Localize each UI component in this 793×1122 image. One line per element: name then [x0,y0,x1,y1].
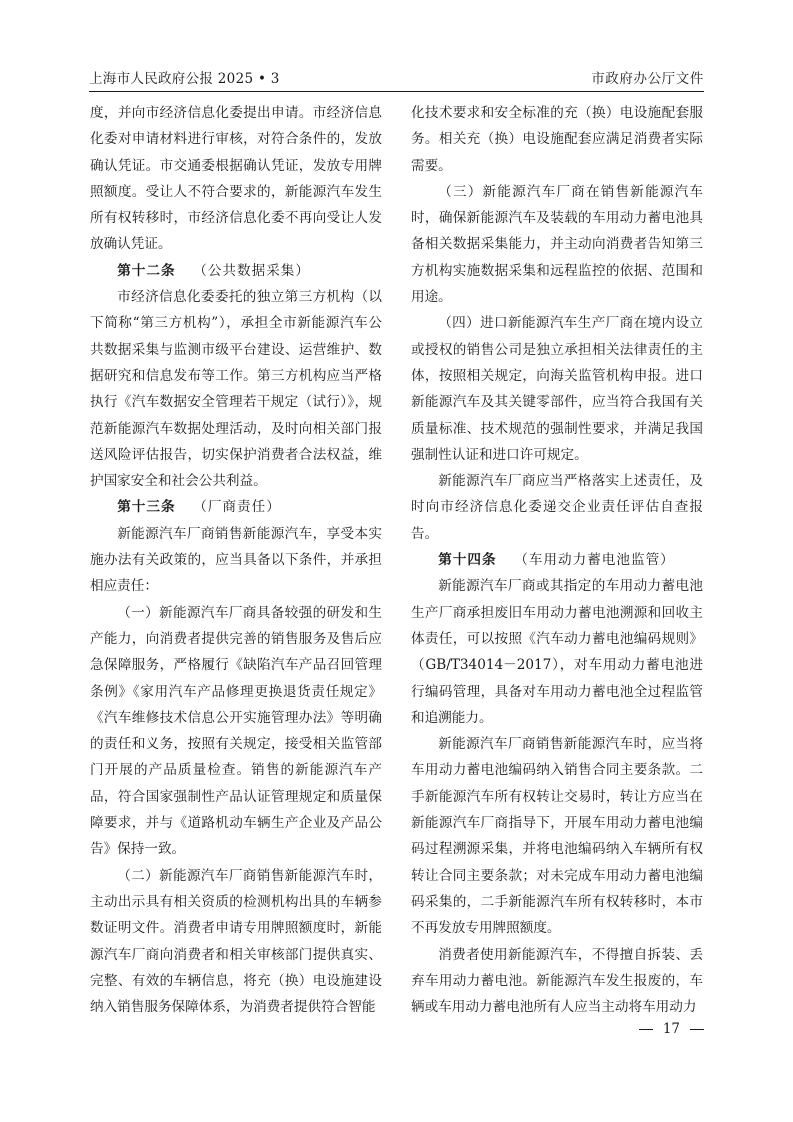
paragraph-continuation: 度，并向市经济信息化委提出申请。市经济信息化委对申请材料进行审核，对符合条件的，… [90,100,382,258]
article-number: 第十四条 [438,552,496,568]
article-number: 第十三条 [117,499,175,515]
article-number: 第十二条 [117,263,175,279]
dash-decoration [639,1029,653,1031]
article-heading: 第十二条（公共数据采集） [90,258,382,284]
running-header: 上海市人民政府公报 2025 • 3 市政府办公厅文件 [89,64,704,92]
publication-title: 上海市人民政府公报 2025 • 3 [89,67,280,87]
paragraph: （四）进口新能源汽车生产厂商在境内设立或授权的销售公司是独立承担相关法律责任的主… [411,310,703,468]
paragraph: （三）新能源汽车厂商在销售新能源汽车时，确保新能源汽车及装载的车用动力蓄电池具备… [411,179,703,310]
section-title: 市政府办公厅文件 [591,67,704,87]
paragraph: 市经济信息化委委托的独立第三方机构（以下简称“第三方机构”），承担全市新能源汽车… [90,284,382,494]
paragraph: （二）新能源汽车厂商销售新能源汽车时，主动出示具有相关资质的检测机构出具的车辆参… [90,863,382,1021]
left-column: 度，并向市经济信息化委提出申请。市经济信息化委对申请材料进行审核，对符合条件的，… [90,100,382,1020]
paragraph: 消费者使用新能源汽车，不得擅自拆装、丢弃车用动力蓄电池。新能源汽车发生报废的，车… [411,942,703,1021]
paragraph: 新能源汽车厂商销售新能源汽车时，应当将车用动力蓄电池编码纳入销售合同主要条款。二… [411,731,703,941]
article-heading: 第十四条（车用动力蓄电池监管） [411,547,703,573]
dash-decoration [690,1029,704,1031]
article-title: （厂商责任） [193,499,281,515]
right-column: 化技术要求和安全标准的充（换）电设施配套服务。相关充（换）电设施配套应满足消费者… [411,100,703,1020]
page-number: 17 [631,1021,704,1037]
paragraph-continuation: 化技术要求和安全标准的充（换）电设施配套服务。相关充（换）电设施配套应满足消费者… [411,100,703,179]
paragraph: （一）新能源汽车厂商具备较强的研发和生产能力，向消费者提供完善的销售服务及售后应… [90,600,382,863]
paragraph: 新能源汽车厂商或其指定的车用动力蓄电池生产厂商承担废旧车用动力蓄电池溯源和回收主… [411,573,703,731]
page-number-value: 17 [663,1021,680,1037]
paragraph: 新能源汽车厂商应当严格落实上述责任，及时向市经济信息化委递交企业责任评估自查报告… [411,468,703,547]
article-title: （公共数据采集） [193,263,310,279]
article-title: （车用动力蓄电池监管） [514,552,675,568]
paragraph: 新能源汽车厂商销售新能源汽车，享受本实施办法有关政策的，应当具备以下条件，并承担… [90,521,382,600]
article-heading: 第十三条（厂商责任） [90,494,382,520]
